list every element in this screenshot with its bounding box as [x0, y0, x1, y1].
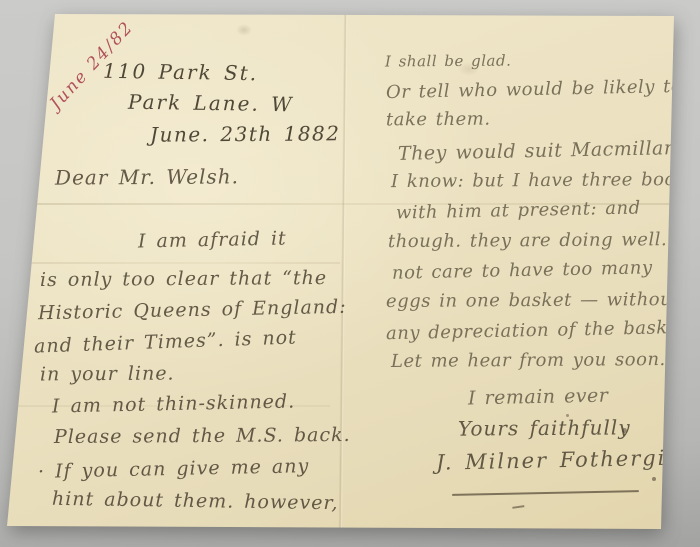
letter-line: any depreciation of the basket. — [386, 317, 693, 344]
letter-line: Historic Queens of England: — [38, 296, 347, 324]
ink-dot — [652, 477, 656, 481]
letter-line: · If you can give me any — [38, 455, 310, 483]
letter-line: hint about them. however, — [52, 488, 339, 514]
signature-flourish — [452, 490, 639, 496]
letter-line: is only too clear that “the — [40, 267, 327, 291]
center-fold-line — [338, 14, 347, 529]
signature-ditto-mark — [512, 500, 525, 509]
letter-line: Please send the M.S. back. — [54, 424, 351, 448]
letter-line: though. they are doing well. I do — [388, 229, 700, 252]
paper-shadow: June 24/82 110 Park St. Park Lane. W Jun… — [0, 0, 700, 547]
letter-line: I shall be glad. — [385, 52, 511, 71]
letter-heading-address1: 110 Park St. — [103, 59, 259, 85]
letter-line: in your line. — [40, 363, 175, 386]
letter-heading-date: June. 23th 1882 — [150, 121, 341, 146]
letter-heading-address2: Park Lane. W — [128, 90, 294, 117]
letter-line: I know: but I have three books — [391, 169, 697, 192]
letter-line: Or tell who would be likely to — [386, 76, 683, 103]
letter-salutation: Dear Mr. Welsh. — [55, 164, 239, 189]
letter-paper: June 24/82 110 Park St. Park Lane. W Jun… — [0, 0, 700, 547]
letter-line: not care to have too many — [392, 257, 653, 283]
letter-line: I am not thin-skinned. — [52, 390, 296, 417]
horizontal-crease — [10, 262, 340, 264]
letter-photo: June 24/82 110 Park St. Park Lane. W Jun… — [0, 0, 700, 547]
letter-line: I am afraid it — [138, 227, 287, 252]
letter-line: take them. — [386, 109, 491, 131]
letter-line: and their Times”. is not — [34, 326, 297, 357]
letter-line: eggs in one basket — without — [386, 289, 680, 312]
signature: J. Milner Fothergill. — [436, 445, 693, 474]
letter-line: with him at present: and — [396, 197, 641, 223]
letter-closing-line: I remain ever — [468, 385, 609, 410]
letter-closing-line: Yours faithfully — [458, 415, 631, 440]
letter-line: They would suit Macmillan — [398, 137, 677, 165]
letter-line: Let me hear from you soon. — [391, 349, 666, 372]
paper-blemish — [236, 24, 252, 36]
